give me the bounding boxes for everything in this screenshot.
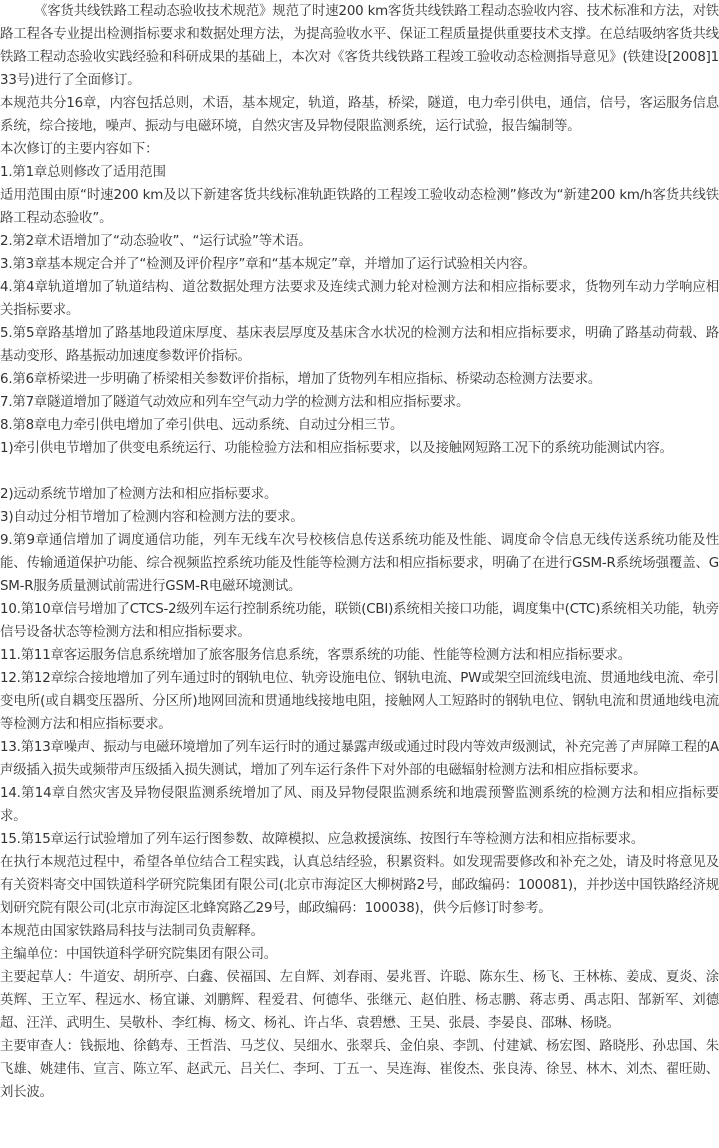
revision-item-11: 11.第11章客运服务信息系统增加了旅客服务信息系统，客票系统的功能、性能等检测… [0, 644, 719, 667]
revision-item-15: 15.第15章运行试验增加了列车运行图参数、故障模拟、应急救援演练、按图行车等检… [0, 828, 719, 851]
revision-item-5: 5.第5章路基增加了路基地段道床厚度、基床表层厚度及基床含水状况的检测方法和相应… [0, 322, 719, 368]
reviewers-list: 主要审查人：钱振地、徐鹤寿、王哲浩、马芝仪、吴细水、张翠兵、金伯泉、李凯、付建斌… [0, 1035, 719, 1104]
interpretation-paragraph: 本规范由国家铁路局科技与法制司负责解释。 [0, 920, 719, 943]
document-body: 《客货共线铁路工程动态验收技术规范》规范了时速200 km客货共线铁路工程动态验… [0, 0, 719, 1104]
revision-item-4: 4.第4章轨道增加了轨道结构、道岔数据处理方法要求及连续式测力轮对检测方法和相应… [0, 276, 719, 322]
scope-paragraph: 本规范共分16章，内容包括总则，术语，基本规定，轨道，路基，桥梁，隧道，电力牵引… [0, 92, 719, 138]
revision-item-10: 10.第10章信号增加了CTCS-2级列车运行控制系统功能，联锁(CBI)系统相… [0, 598, 719, 644]
revision-item-1: 1.第1章总则修改了适用范围 [0, 161, 719, 184]
revision-item-12: 12.第12章综合接地增加了列车通过时的钢轨电位、轨旁设施电位、钢轨电流、PW或… [0, 667, 719, 736]
drafters-list: 主要起草人：牛道安、胡所亭、白鑫、侯福国、左自辉、刘春雨、晏兆晋、许聪、陈东生、… [0, 966, 719, 1035]
revision-item-13: 13.第13章噪声、振动与电磁环境增加了列车运行时的通过暴露声级或通过时段内等效… [0, 736, 719, 782]
revision-item-8-sub-1: 1)牵引供电节增加了供变电系统运行、功能检验方法和相应指标要求，以及接触网短路工… [0, 437, 719, 460]
revision-item-8-sub-3: 3)自动过分相节增加了检测内容和检测方法的要求。 [0, 506, 719, 529]
feedback-paragraph: 在执行本规范过程中，希望各单位结合工程实践，认真总结经验，积累资料。如发现需要修… [0, 851, 719, 920]
revision-item-2: 2.第2章术语增加了“动态验收”、“运行试验”等术语。 [0, 230, 719, 253]
blank-line [0, 460, 719, 483]
revision-item-1-detail: 适用范围由原“时速200 km及以下新建客货共线标准轨距铁路的工程竣工验收动态检… [0, 184, 719, 230]
revision-item-9: 9.第9章通信增加了调度通信功能，列车无线车次号校核信息传送系统功能及性能、调度… [0, 529, 719, 598]
revision-item-14: 14.第14章自然灾害及异物侵限监测系统增加了风、雨及异物侵限监测系统和地震预警… [0, 782, 719, 828]
intro-paragraph: 《客货共线铁路工程动态验收技术规范》规范了时速200 km客货共线铁路工程动态验… [0, 0, 719, 92]
revision-item-6: 6.第6章桥梁进一步明确了桥梁相关参数评价指标，增加了货物列车相应指标、桥梁动态… [0, 368, 719, 391]
revision-heading: 本次修订的主要内容如下： [0, 138, 719, 161]
revision-item-7: 7.第7章隧道增加了隧道气动效应和列车空气动力学的检测方法和相应指标要求。 [0, 391, 719, 414]
revision-item-8-sub-2: 2)远动系统节增加了检测方法和相应指标要求。 [0, 483, 719, 506]
revision-item-8: 8.第8章电力牵引供电增加了牵引供电、远动系统、自动过分相三节。 [0, 414, 719, 437]
chief-editor-unit: 主编单位：中国铁道科学研究院集团有限公司。 [0, 943, 719, 966]
revision-item-3: 3.第3章基本规定合并了“检测及评价程序”章和“基本规定”章，并增加了运行试验相… [0, 253, 719, 276]
